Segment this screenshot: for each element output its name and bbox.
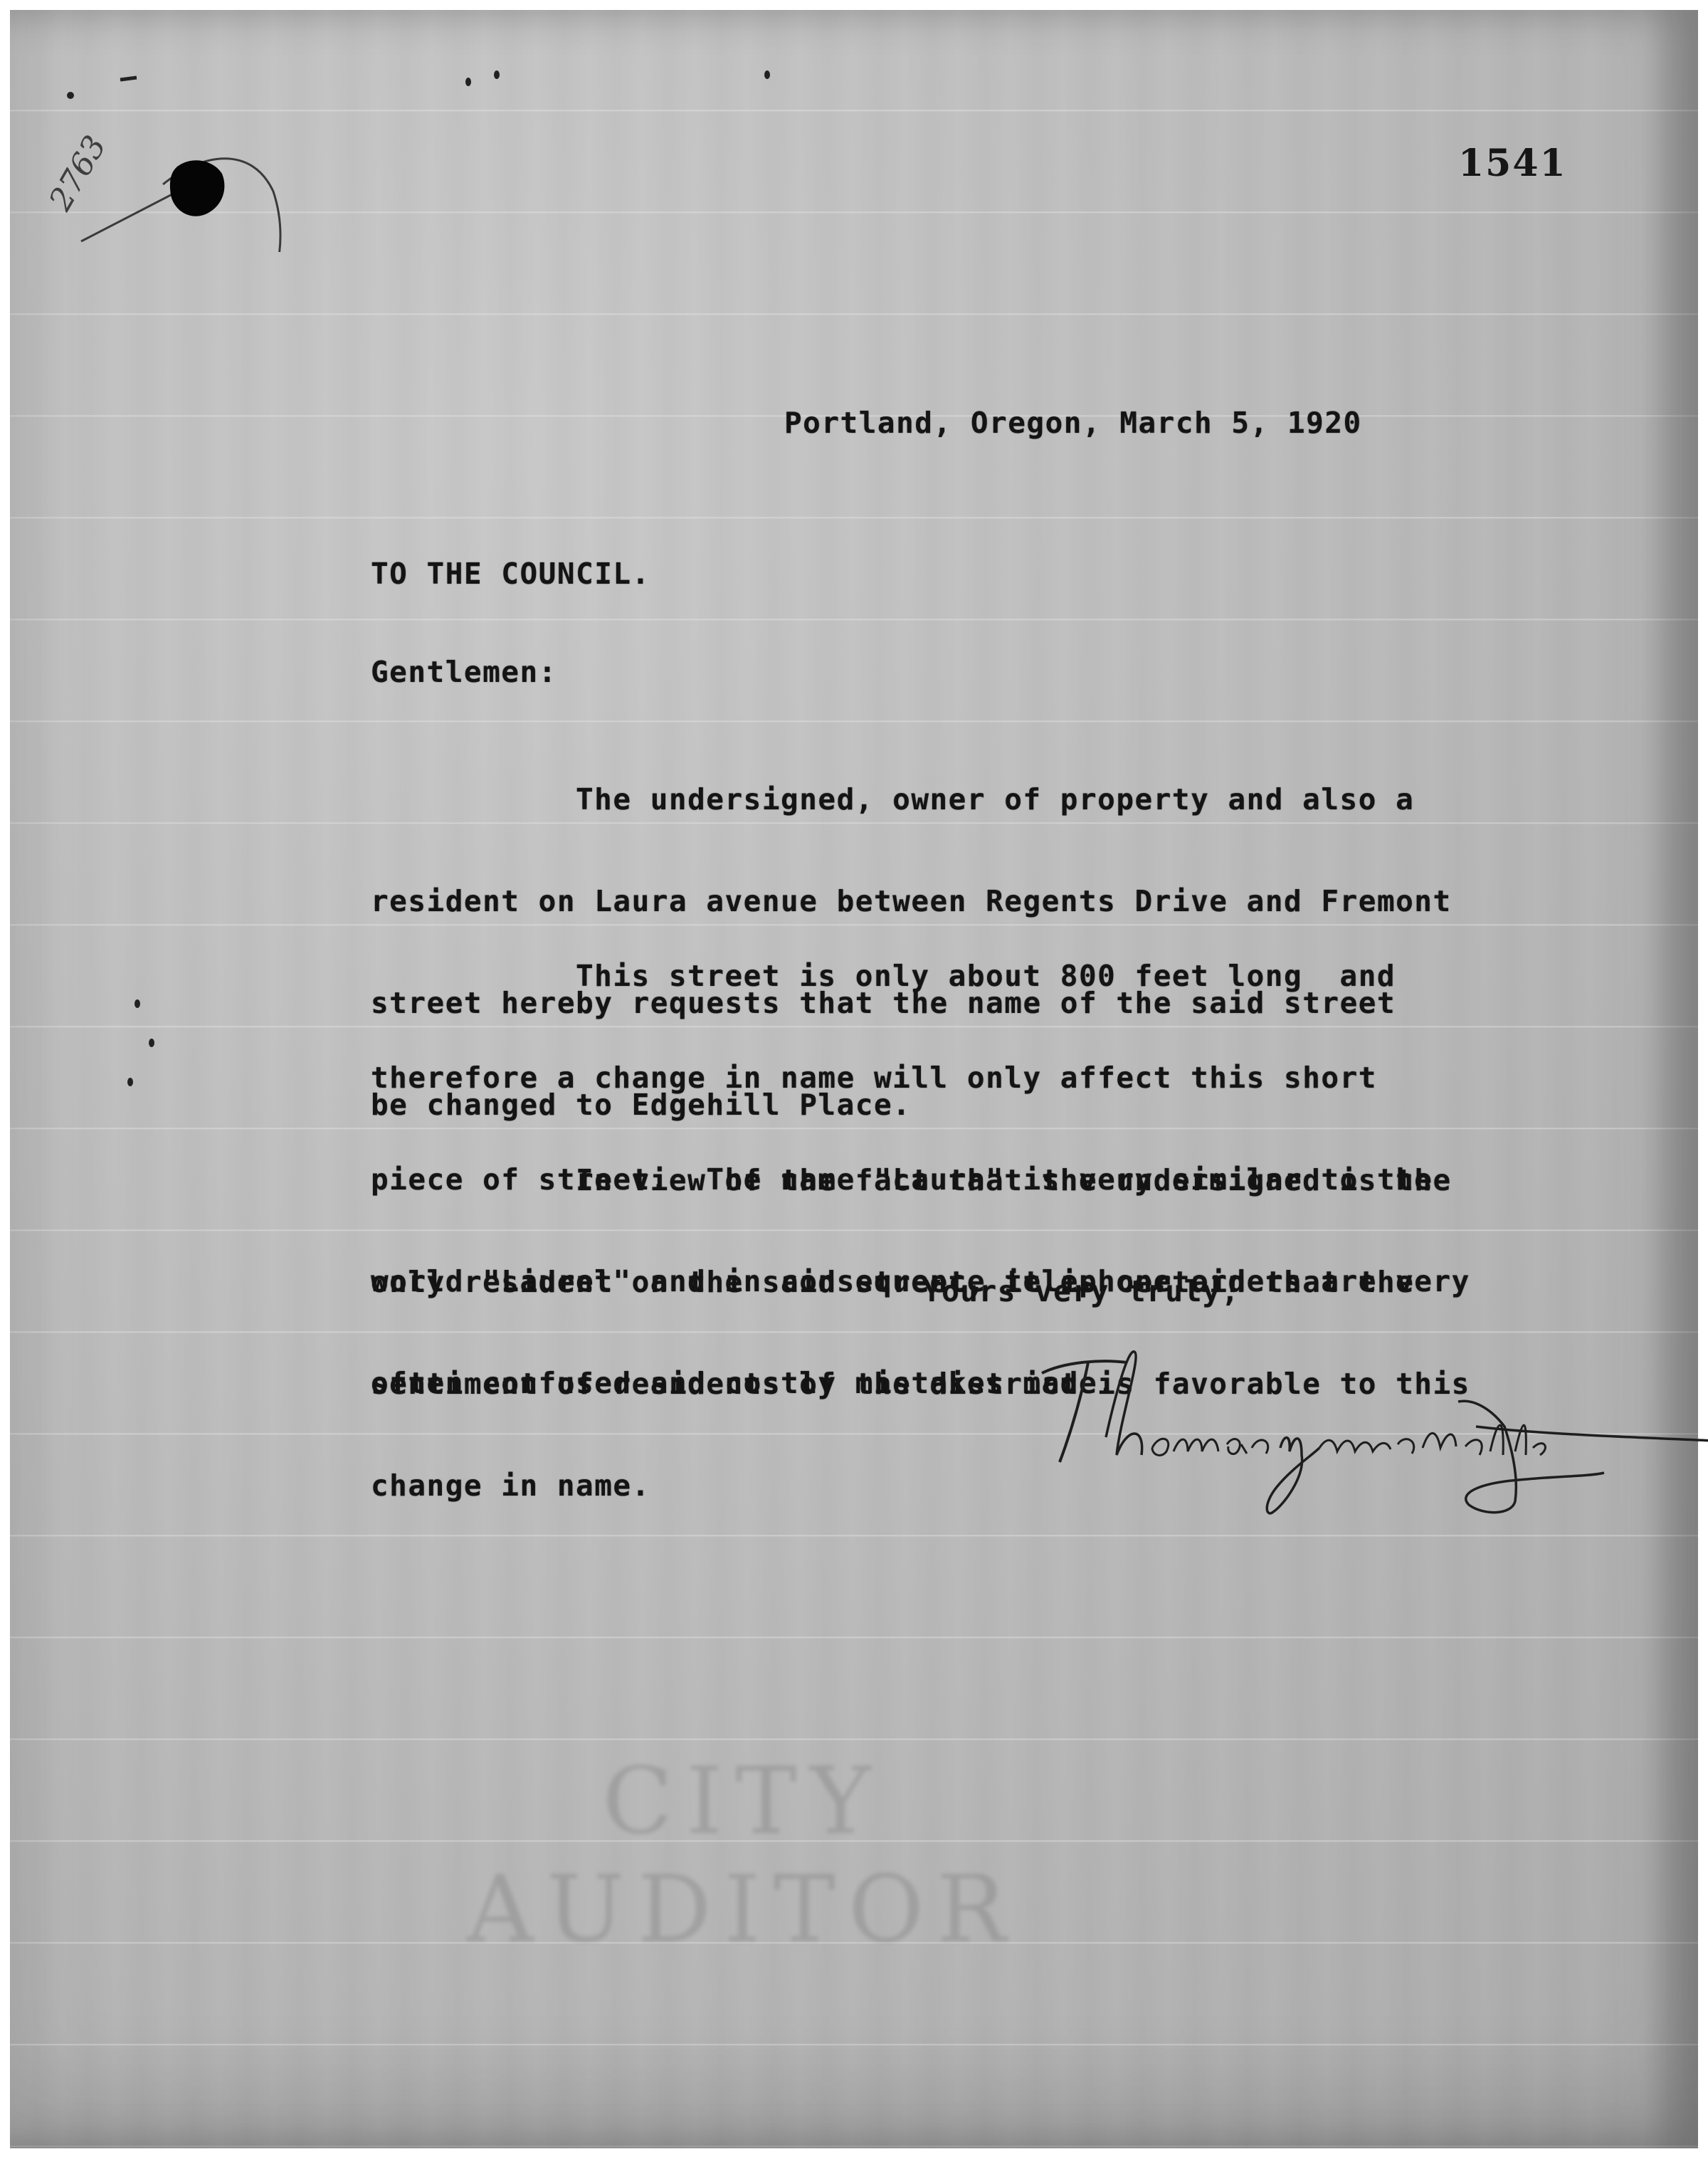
handwritten-signature-icon (1021, 1334, 1708, 1526)
paragraph-line: only resident on the said street, it is … (371, 1266, 1470, 1299)
dateline: Portland, Oregon, March 5, 1920 (784, 406, 1362, 440)
paragraph-line: therefore a change in name will only aff… (371, 1061, 1470, 1095)
ink-blot-and-filing-mark-icon: 2763 (38, 38, 323, 252)
ink-speck (494, 70, 500, 79)
addressee: TO THE COUNCIL. (371, 557, 650, 591)
ink-speck (135, 999, 140, 1008)
scanned-letter-page: 2763 1541 Portland, Oregon, March 5, 192… (10, 10, 1698, 2148)
ink-speck (465, 78, 471, 86)
svg-text:2763: 2763 (42, 130, 114, 217)
closing: Yours very truly, (923, 1274, 1240, 1308)
page-number: 1541 (1458, 142, 1567, 185)
ink-speck (764, 70, 770, 79)
handwritten-annotation: 2763 (38, 38, 323, 252)
faint-bleed-through-stamp: CITY AUDITOR (352, 1747, 1134, 2060)
paragraph-line: The undersigned, owner of property and a… (371, 783, 1452, 816)
ink-speck (127, 1078, 133, 1086)
salutation: Gentlemen: (371, 655, 557, 689)
signature (1021, 1334, 1708, 1526)
ink-speck (149, 1039, 154, 1047)
paragraph-line: In view of the fact that the undersigned… (371, 1164, 1470, 1197)
paragraph-line: This street is only about 800 feet long … (371, 960, 1470, 993)
